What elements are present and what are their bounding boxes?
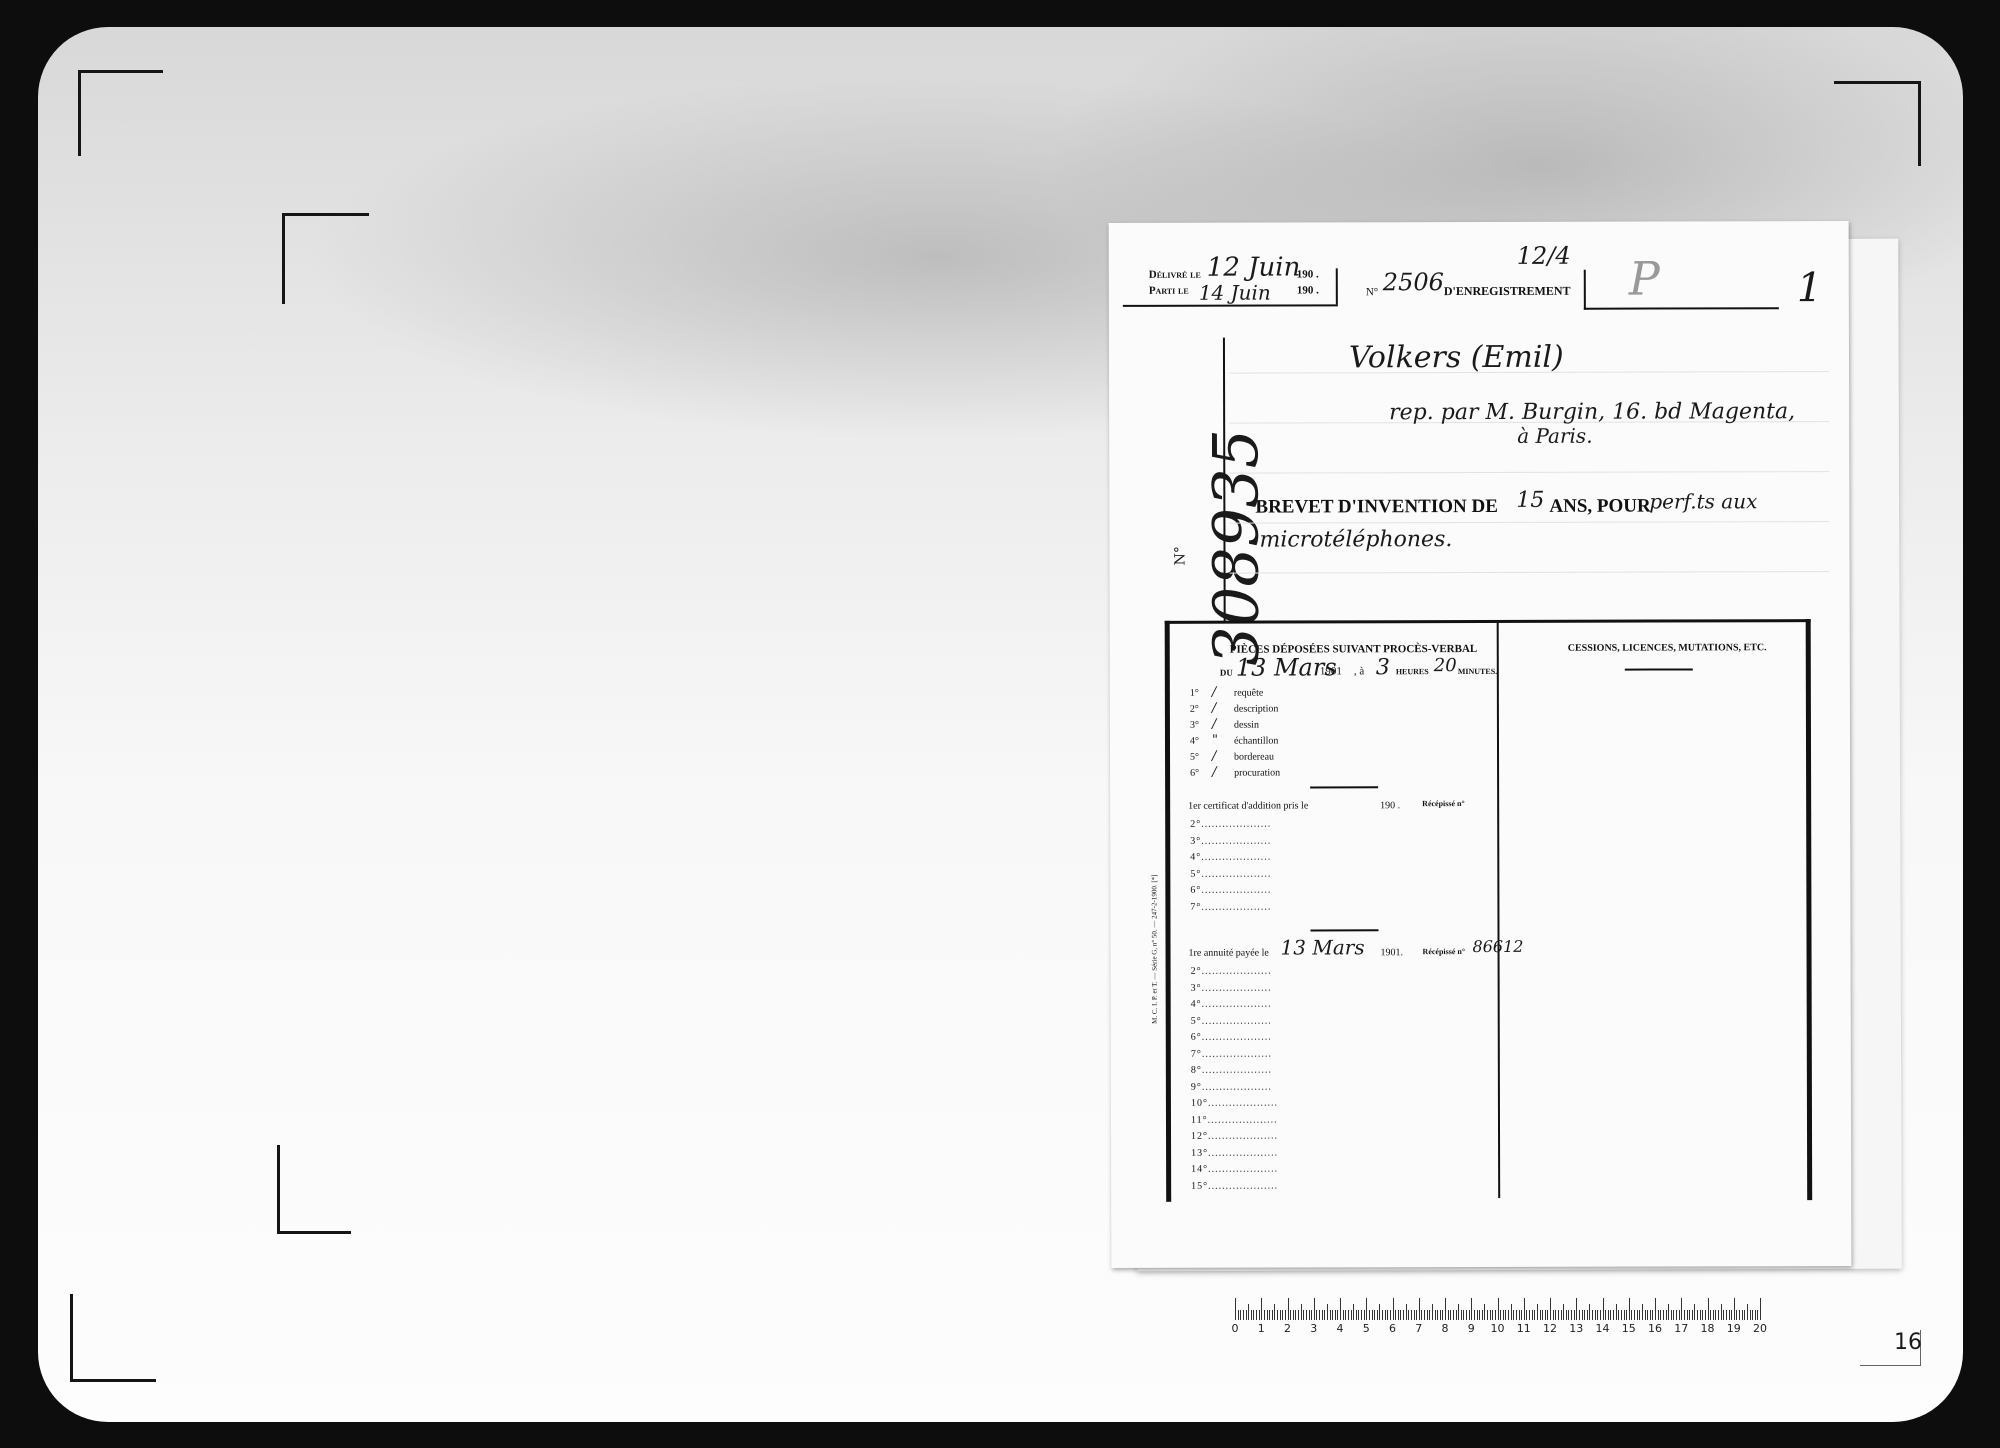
ruler-tick: [1597, 1310, 1598, 1320]
ruler-tick: [1647, 1310, 1648, 1320]
numbered-dotted-row: 12°....................: [1191, 1131, 1278, 1142]
ruler-tick: [1715, 1310, 1716, 1320]
ruler-tick: [1238, 1310, 1239, 1320]
ruler-tick: [1637, 1310, 1638, 1320]
numbered-dotted-row: 7°....................: [1191, 1048, 1272, 1059]
patent-card: Délivré le 12 Juin 190 . Parti le 14 Jui…: [1109, 221, 1852, 1268]
ruler-tick: [1351, 1310, 1352, 1320]
ruler-tick: [1721, 1304, 1722, 1320]
ruler-tick: [1595, 1310, 1596, 1320]
ruler-tick: [1521, 1310, 1522, 1320]
piece-mark: /: [1212, 749, 1216, 764]
ruler-tick: [1432, 1304, 1433, 1320]
ruler-tick: [1332, 1310, 1333, 1320]
ruler-tick: [1563, 1304, 1564, 1320]
certificate-label: 1er certificat d'addition pris le: [1188, 800, 1308, 811]
ruler-tick: [1288, 1298, 1289, 1320]
ruler-tick: [1540, 1310, 1541, 1320]
date-prefix: DU: [1220, 668, 1233, 678]
ruler-tick: [1293, 1310, 1294, 1320]
ruler-tick: [1251, 1310, 1252, 1320]
numbered-dotted-row: 13°....................: [1191, 1147, 1278, 1158]
ruler-tick: [1655, 1298, 1656, 1320]
ruler-tick: [1453, 1310, 1454, 1320]
ruler-tick: [1256, 1310, 1257, 1320]
ruler-tick: [1261, 1298, 1262, 1320]
ruler-tick: [1264, 1310, 1265, 1320]
ruler-tick: [1708, 1298, 1709, 1320]
ruler-tick: [1700, 1310, 1701, 1320]
folio-mark: 12/4: [1517, 242, 1571, 270]
minutes-label: MINUTES.: [1458, 667, 1497, 676]
ruler-tick: [1629, 1298, 1630, 1320]
ruler-tick: [1555, 1310, 1556, 1320]
ruler-tick: [1463, 1310, 1464, 1320]
ruler-label: 8: [1442, 1322, 1449, 1335]
ruler-tick: [1516, 1310, 1517, 1320]
ruler-tick: [1742, 1310, 1743, 1320]
ruler-tick: [1477, 1310, 1478, 1320]
ruler-tick: [1634, 1310, 1635, 1320]
crop-mark-bottom-left-inner: [277, 1145, 351, 1234]
ruler-tick: [1395, 1310, 1396, 1320]
departed-year: 190 .: [1297, 284, 1319, 296]
ruler-label: 12: [1543, 1322, 1557, 1335]
ruler-label: 18: [1701, 1322, 1715, 1335]
ruler-tick: [1479, 1310, 1480, 1320]
ruler-tick: [1558, 1310, 1559, 1320]
piece-label: échantillon: [1234, 736, 1278, 747]
ruler-tick: [1424, 1310, 1425, 1320]
sheet-mark: 1: [1797, 265, 1823, 311]
crop-mark-top-left-outer: [78, 70, 163, 156]
ruler-tick: [1311, 1310, 1312, 1320]
ruler-tick: [1582, 1310, 1583, 1320]
ruler-tick: [1269, 1310, 1270, 1320]
ruler-tick: [1348, 1310, 1349, 1320]
ruler-tick: [1377, 1310, 1378, 1320]
ruler-tick: [1419, 1298, 1420, 1320]
ruler-tick: [1663, 1310, 1664, 1320]
ruler-tick: [1427, 1310, 1428, 1320]
ruler-tick: [1553, 1310, 1554, 1320]
piece-label: dessin: [1234, 720, 1259, 731]
ruler-tick: [1484, 1304, 1485, 1320]
ruler-tick: [1713, 1310, 1714, 1320]
ruler-tick: [1592, 1310, 1593, 1320]
numbered-dotted-row: 14°....................: [1191, 1164, 1278, 1175]
ruler-tick: [1469, 1310, 1470, 1320]
piece-number: 4°: [1190, 736, 1199, 747]
ruler-tick: [1652, 1310, 1653, 1320]
ruler-tick: [1364, 1310, 1365, 1320]
ruler-tick: [1461, 1310, 1462, 1320]
ruler-tick: [1702, 1310, 1703, 1320]
patent-title-middle: ANS, POUR: [1549, 496, 1650, 518]
ruler-tick: [1692, 1310, 1693, 1320]
ruler-tick: [1574, 1310, 1575, 1320]
ruler-tick: [1526, 1310, 1527, 1320]
ruler-tick: [1671, 1310, 1672, 1320]
departed-value: 14 Juin: [1199, 281, 1271, 305]
pieces-list: 1°/requête2°/description3°/dessin4°"écha…: [1170, 622, 1806, 624]
ruler-tick: [1561, 1310, 1562, 1320]
numbered-dotted-row: 5°....................: [1191, 1015, 1272, 1026]
ruler-tick: [1400, 1310, 1401, 1320]
ruler-tick: [1566, 1310, 1567, 1320]
ruler-tick: [1681, 1298, 1682, 1320]
ruler-tick: [1385, 1310, 1386, 1320]
ruler-tick: [1626, 1310, 1627, 1320]
registration-prefix: N°: [1366, 286, 1378, 298]
ruler-tick: [1416, 1310, 1417, 1320]
piece-number: 1°: [1190, 688, 1199, 699]
annuity-receipt-value: 86612: [1473, 937, 1524, 956]
ruler-tick: [1335, 1310, 1336, 1320]
departed-label: Parti le: [1149, 285, 1189, 297]
certificate-receipt-label: Récépissé n°: [1422, 799, 1465, 808]
separator: [1310, 929, 1378, 931]
ruler-tick: [1340, 1298, 1341, 1320]
ruler-tick: [1760, 1298, 1761, 1320]
ruler-tick: [1327, 1304, 1328, 1320]
ruler-tick: [1710, 1310, 1711, 1320]
ruler-tick: [1576, 1298, 1577, 1320]
piece-row: 4°"échantillon: [1170, 622, 1806, 624]
patent-years: 15: [1516, 488, 1544, 513]
ruler-tick: [1345, 1310, 1346, 1320]
ruler-tick: [1442, 1310, 1443, 1320]
ruler-tick: [1571, 1310, 1572, 1320]
numbered-dotted-row: 6°....................: [1190, 885, 1271, 896]
ruler-tick: [1330, 1310, 1331, 1320]
numbered-dotted-row: 4°....................: [1190, 852, 1271, 863]
piece-label: bordereau: [1234, 752, 1274, 763]
applicant-name: Volkers (Emil): [1349, 340, 1564, 376]
ruler-tick: [1290, 1310, 1291, 1320]
ruler-label: 3: [1310, 1322, 1317, 1335]
ruler-tick: [1587, 1310, 1588, 1320]
piece-row: 5°/bordereau: [1170, 622, 1806, 624]
ruler-tick: [1411, 1310, 1412, 1320]
numbered-dotted-row: 10°....................: [1191, 1098, 1278, 1109]
ruler-tick: [1406, 1304, 1407, 1320]
ruler-tick: [1322, 1310, 1323, 1320]
ruler-tick: [1729, 1310, 1730, 1320]
ruler-tick: [1621, 1310, 1622, 1320]
ruler-tick: [1387, 1310, 1388, 1320]
ruler-tick: [1398, 1310, 1399, 1320]
ruler-tick: [1445, 1298, 1446, 1320]
ruler-tick: [1679, 1310, 1680, 1320]
ruler-tick: [1503, 1310, 1504, 1320]
separator: [1310, 786, 1378, 788]
ruler-tick: [1689, 1310, 1690, 1320]
ruler-tick: [1282, 1310, 1283, 1320]
piece-label: requête: [1234, 688, 1263, 699]
piece-mark: /: [1212, 701, 1216, 716]
ruler-tick: [1658, 1310, 1659, 1320]
ruler-label: 20: [1753, 1322, 1767, 1335]
ruler-label: 0: [1232, 1322, 1239, 1335]
numbered-dotted-row: 15°....................: [1191, 1180, 1278, 1191]
ruler-tick: [1600, 1310, 1601, 1320]
piece-label: procuration: [1234, 768, 1280, 779]
ruler-tick: [1650, 1310, 1651, 1320]
piece-number: 5°: [1190, 752, 1199, 763]
ruler-tick: [1736, 1310, 1737, 1320]
ruler-tick: [1739, 1310, 1740, 1320]
piece-mark: ": [1212, 733, 1218, 748]
piece-number: 3°: [1190, 720, 1199, 731]
ruler-tick: [1645, 1310, 1646, 1320]
mark-box-bottom: [1584, 307, 1779, 310]
ruler-tick: [1421, 1310, 1422, 1320]
frame-number: 16: [1894, 1330, 1922, 1355]
delivered-value: 12 Juin: [1207, 252, 1301, 282]
crop-mark-top-right: [1834, 81, 1921, 166]
ruler-tick: [1277, 1310, 1278, 1320]
ruler-tick: [1343, 1310, 1344, 1320]
ruler-label: 1: [1258, 1322, 1265, 1335]
ruler-tick: [1280, 1310, 1281, 1320]
ruler-tick: [1750, 1310, 1751, 1320]
rule: [1230, 571, 1830, 574]
piece-mark: /: [1212, 765, 1216, 780]
ruler-tick: [1243, 1310, 1244, 1320]
deposit-hour: 3: [1376, 655, 1390, 680]
ruler-tick: [1306, 1310, 1307, 1320]
ruler-label: 15: [1622, 1322, 1636, 1335]
ruler-tick: [1356, 1310, 1357, 1320]
ruler-tick: [1314, 1298, 1315, 1320]
ruler-tick: [1295, 1310, 1296, 1320]
crop-mark-bottom-left-outer: [70, 1294, 156, 1382]
numbered-dotted-row: 8°....................: [1191, 1065, 1272, 1076]
ruler-tick: [1448, 1310, 1449, 1320]
ruler-tick: [1435, 1310, 1436, 1320]
time-prefix: , à: [1354, 665, 1364, 677]
ruler-tick: [1723, 1310, 1724, 1320]
representative-line2: à Paris.: [1517, 424, 1592, 448]
numbered-dotted-row: 3°....................: [1190, 835, 1271, 846]
ruler-tick: [1684, 1310, 1685, 1320]
piece-row: 1°/requête: [1170, 622, 1806, 624]
ruler-tick: [1631, 1310, 1632, 1320]
ruler-tick: [1616, 1304, 1617, 1320]
ruler-tick: [1492, 1310, 1493, 1320]
ruler-label: 2: [1284, 1322, 1291, 1335]
ruler-tick: [1301, 1304, 1302, 1320]
ruler-tick: [1408, 1310, 1409, 1320]
ruler-tick: [1366, 1298, 1367, 1320]
annuity-year: 1901.: [1381, 947, 1404, 958]
piece-label: description: [1234, 704, 1278, 715]
patent-number-prefix: N°: [1172, 546, 1188, 565]
ruler-tick: [1267, 1310, 1268, 1320]
ruler-tick: [1752, 1310, 1753, 1320]
ruler-tick: [1272, 1310, 1273, 1320]
cessions-heading: CESSIONS, LICENCES, MUTATIONS, ETC.: [1568, 642, 1767, 654]
numbered-dotted-row: 11°....................: [1191, 1114, 1278, 1125]
ruler-tick: [1456, 1310, 1457, 1320]
ruler-tick: [1246, 1310, 1247, 1320]
ruler-label: 10: [1491, 1322, 1505, 1335]
ruler-tick: [1603, 1298, 1604, 1320]
piece-row: 2°/description: [1170, 622, 1806, 624]
ruler-label: 4: [1337, 1322, 1344, 1335]
numbered-dotted-row: 7°....................: [1190, 901, 1271, 912]
ruler-tick: [1747, 1304, 1748, 1320]
ruler-tick: [1589, 1304, 1590, 1320]
ruler-tick: [1353, 1304, 1354, 1320]
ruler-tick: [1414, 1310, 1415, 1320]
ruler-label: 9: [1468, 1322, 1475, 1335]
ruler-tick: [1450, 1310, 1451, 1320]
annuity-receipt-label: Récépissé n°: [1423, 947, 1466, 956]
patent-subject-line1: perf.ts aux: [1649, 489, 1757, 513]
representative-line1: rep. par M. Burgin, 16. bd Magenta,: [1389, 399, 1795, 425]
ruler-tick: [1495, 1310, 1496, 1320]
ruler-tick: [1697, 1310, 1698, 1320]
ruler-label: 5: [1363, 1322, 1370, 1335]
ruler-tick: [1550, 1298, 1551, 1320]
ruler-tick: [1608, 1310, 1609, 1320]
registration-label: D'ENREGISTREMENT: [1444, 284, 1571, 299]
ruler-tick: [1694, 1304, 1695, 1320]
ruler-tick: [1361, 1310, 1362, 1320]
ruler-tick: [1537, 1304, 1538, 1320]
piece-mark: /: [1212, 717, 1216, 732]
ruler-label: 16: [1648, 1322, 1662, 1335]
ruler-tick: [1437, 1310, 1438, 1320]
ruler-label: 7: [1415, 1322, 1422, 1335]
ruler-tick: [1545, 1310, 1546, 1320]
numbered-dotted-row: 3°....................: [1191, 982, 1272, 993]
ruler-tick: [1298, 1310, 1299, 1320]
ruler-tick: [1673, 1310, 1674, 1320]
ruler-tick: [1534, 1310, 1535, 1320]
ruler-tick: [1358, 1310, 1359, 1320]
header-box-bottom: [1123, 304, 1338, 307]
certificate-rows: 2°....................3°................…: [1170, 622, 1806, 624]
ruler-tick: [1471, 1298, 1472, 1320]
deposit-year: 1901: [1320, 665, 1342, 677]
ruler-tick: [1382, 1310, 1383, 1320]
ruler-tick: [1500, 1310, 1501, 1320]
ruler-tick: [1660, 1310, 1661, 1320]
ruler-tick: [1734, 1298, 1735, 1320]
piece-number: 2°: [1190, 704, 1199, 715]
ruler-tick: [1390, 1310, 1391, 1320]
ruler-tick: [1757, 1310, 1758, 1320]
ruler-tick: [1498, 1298, 1499, 1320]
rule: [1229, 521, 1829, 524]
mark-box-left: [1584, 270, 1586, 310]
piece-row: 6°/procuration: [1170, 622, 1806, 624]
ruler-tick: [1303, 1310, 1304, 1320]
numbered-dotted-row: 9°....................: [1191, 1081, 1272, 1092]
ruler-tick: [1532, 1310, 1533, 1320]
ruler-tick: [1490, 1310, 1491, 1320]
ruler-tick: [1372, 1310, 1373, 1320]
ruler-tick: [1248, 1304, 1249, 1320]
piece-row: 3°/dessin: [1170, 622, 1806, 624]
annuity-label: 1re annuité payée le: [1189, 948, 1269, 959]
ruler-tick: [1466, 1310, 1467, 1320]
ruler-tick: [1731, 1310, 1732, 1320]
rule: [1229, 471, 1829, 474]
numbered-dotted-row: 2°....................: [1190, 819, 1271, 830]
piece-number: 6°: [1190, 768, 1199, 779]
patent-subject-line2: microtéléphones.: [1259, 527, 1452, 553]
numbered-dotted-row: 5°....................: [1190, 868, 1271, 879]
ruler-tick: [1474, 1310, 1475, 1320]
pencil-mark: P: [1629, 252, 1660, 306]
annuity-rows: 2°....................3°................…: [1170, 622, 1806, 624]
ruler-tick: [1316, 1310, 1317, 1320]
registration-number: 2506: [1383, 268, 1444, 296]
measurement-ruler: 01234567891011121314151617181920: [1230, 1290, 1775, 1350]
ruler-tick: [1687, 1310, 1688, 1320]
ruler-tick: [1240, 1310, 1241, 1320]
ruler-tick: [1744, 1310, 1745, 1320]
ruler-tick: [1668, 1304, 1669, 1320]
ruler-label: 11: [1517, 1322, 1531, 1335]
ruler-tick: [1542, 1310, 1543, 1320]
ruler-label: 6: [1389, 1322, 1396, 1335]
ruler-label: 14: [1596, 1322, 1610, 1335]
ruler-tick: [1403, 1310, 1404, 1320]
annuity-date: 13 Mars: [1280, 935, 1364, 959]
ruler-tick: [1235, 1298, 1236, 1320]
ruler-tick: [1618, 1310, 1619, 1320]
ruler-tick: [1529, 1310, 1530, 1320]
ruler-tick: [1487, 1310, 1488, 1320]
ruler-tick: [1568, 1310, 1569, 1320]
ruler-label: 17: [1674, 1322, 1688, 1335]
ruler-tick: [1726, 1310, 1727, 1320]
ruler-tick: [1458, 1304, 1459, 1320]
ruler-tick: [1642, 1304, 1643, 1320]
ruler-tick: [1253, 1310, 1254, 1320]
ruler-tick: [1666, 1310, 1667, 1320]
ruler-tick: [1676, 1310, 1677, 1320]
ruler-tick: [1547, 1310, 1548, 1320]
numbered-dotted-row: 6°....................: [1191, 1032, 1272, 1043]
ruler-tick: [1274, 1304, 1275, 1320]
ruler-tick: [1369, 1310, 1370, 1320]
ruler-tick: [1309, 1310, 1310, 1320]
ruler-tick: [1755, 1310, 1756, 1320]
ruler-tick: [1511, 1304, 1512, 1320]
ruler-tick: [1639, 1310, 1640, 1320]
ruler-tick: [1393, 1298, 1394, 1320]
ruler-tick: [1379, 1304, 1380, 1320]
ruler-tick: [1579, 1310, 1580, 1320]
form-table: PIÈCES DÉPOSÉES SUIVANT PROCÈS-VERBAL DU…: [1165, 619, 1813, 1202]
ruler-label: 19: [1727, 1322, 1741, 1335]
ruler-tick: [1440, 1310, 1441, 1320]
ruler-tick: [1482, 1310, 1483, 1320]
ruler-tick: [1524, 1298, 1525, 1320]
hour-label: HEURES: [1396, 667, 1429, 676]
ruler-tick: [1610, 1310, 1611, 1320]
ruler-tick: [1374, 1310, 1375, 1320]
ruler-tick: [1718, 1310, 1719, 1320]
ruler-tick: [1513, 1310, 1514, 1320]
ruler-tick: [1705, 1310, 1706, 1320]
